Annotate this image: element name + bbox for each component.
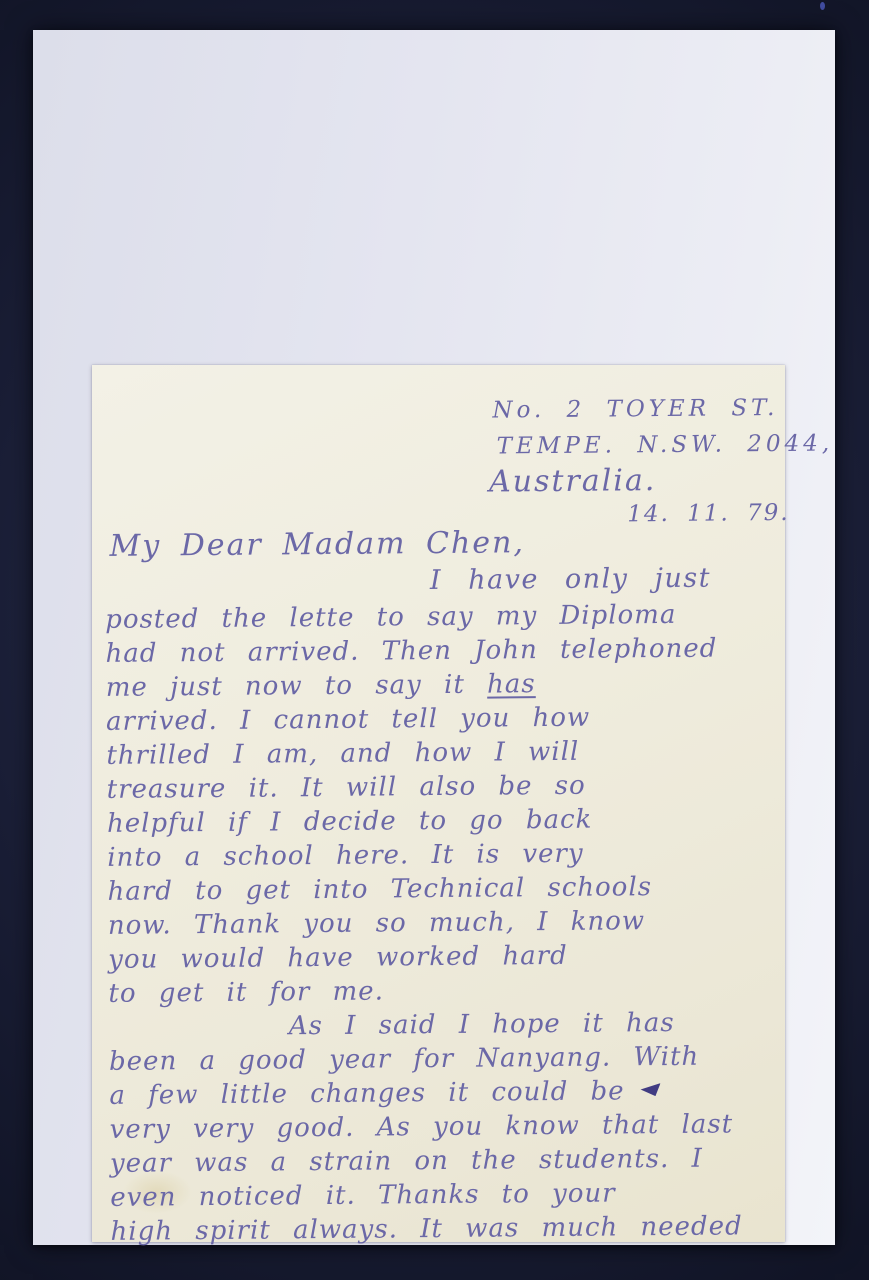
opening-line: I have only just (430, 563, 711, 596)
body-line-text: me just now to say it (106, 670, 488, 703)
address-line-2: TEMPE. N.SW. 2044, (497, 431, 834, 460)
body-line-text: a few little changes it could be (109, 1076, 624, 1110)
body-line: been a good year for Nanyang. With (109, 1039, 791, 1079)
dust-speck (820, 2, 825, 10)
ink-blot-icon (641, 1083, 661, 1096)
underlined-word: has (487, 669, 536, 699)
backing-sheet: No. 2 TOYER ST. TEMPE. N.SW. 2044, Austr… (33, 30, 835, 1245)
address-line-3: Australia. (489, 463, 657, 499)
letter-paper: No. 2 TOYER ST. TEMPE. N.SW. 2044, Austr… (92, 365, 785, 1242)
body-line: had not arrived. Then John telephoned (105, 631, 787, 671)
letter-body: posted the lette to say my Diploma had n… (105, 597, 793, 1249)
address-block: No. 2 TOYER ST. TEMPE. N.SW. 2044, Austr… (92, 359, 785, 365)
body-line: high spirit always. It was much needed (110, 1209, 792, 1249)
photo-background: No. 2 TOYER ST. TEMPE. N.SW. 2044, Austr… (0, 0, 869, 1280)
salutation: My Dear Madam Chen, (109, 525, 525, 564)
address-line-1: No. 2 TOYER ST. (492, 395, 778, 423)
handwriting-layer: No. 2 TOYER ST. TEMPE. N.SW. 2044, Austr… (92, 359, 785, 365)
body-line: year was a strain on the students. I (110, 1141, 792, 1181)
letter-date: 14. 11. 79. (627, 500, 790, 527)
